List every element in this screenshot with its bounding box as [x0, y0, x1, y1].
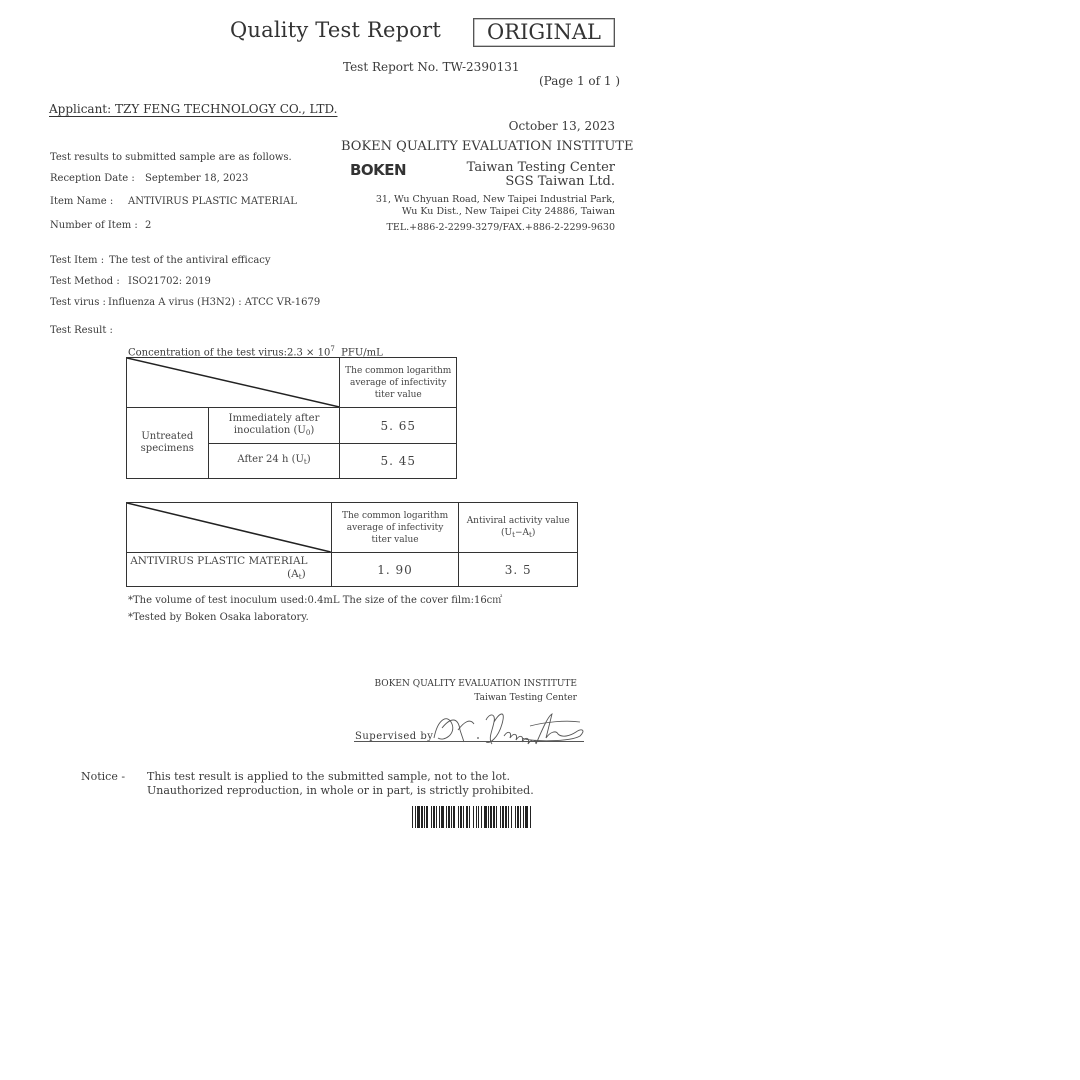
formula-mid: −A: [515, 528, 529, 538]
number-of-item-label: Number of Item :: [50, 220, 138, 231]
test-item-value: The test of the antiviral efficacy: [109, 255, 271, 266]
untreated-group-label: Untreated specimens: [127, 408, 209, 479]
activity-header: Antiviral activity value (Ut−At): [459, 503, 578, 553]
test-item-label: Test Item :: [50, 255, 104, 266]
activity-formula: (Ut−At): [459, 527, 577, 541]
item-name-value: ANTIVIRUS PLASTIC MATERIAL: [128, 196, 297, 207]
row-label-end: ): [307, 454, 311, 465]
issuer-institute: BOKEN QUALITY EVALUATION INSTITUTE: [341, 139, 633, 154]
row-label-end: ): [310, 425, 314, 436]
item-name-label: Item Name :: [50, 196, 113, 207]
report-number: Test Report No. TW-2390131: [343, 60, 520, 74]
note-inoculum: *The volume of test inoculum used:0.4mL …: [128, 591, 502, 606]
test-method-label: Test Method :: [50, 276, 120, 287]
material-code: (At): [127, 568, 331, 584]
issuer-contact: TEL.+886-2-2299-3279/FAX.+886-2-2299-963…: [387, 222, 615, 233]
signoff-center: Taiwan Testing Center: [474, 693, 577, 703]
formula-open: (U: [501, 528, 512, 538]
signature: [430, 708, 590, 748]
notice-label: Notice -: [81, 770, 125, 783]
row-label-text: After 24 h (U: [237, 454, 304, 465]
report-title: Quality Test Report: [230, 18, 441, 42]
barcode-bar: [531, 806, 533, 828]
sample-intro: Test results to submitted sample are as …: [50, 152, 292, 163]
test-virus-value: Influenza A virus (H3N2) : ATCC VR-1679: [108, 297, 320, 308]
row-24h-value: 5. 45: [340, 444, 457, 479]
test-method-value: ISO21702: 2019: [128, 276, 211, 287]
untreated-table: The common logarithm average of infectiv…: [126, 357, 457, 479]
note-lab: *Tested by Boken Osaka laboratory.: [128, 612, 309, 623]
row-immediately-value: 5. 65: [340, 408, 457, 444]
material-titer-value: 1. 90: [331, 553, 459, 587]
material-name: ANTIVIRUS PLASTIC MATERIAL: [127, 555, 331, 568]
test-virus-label: Test virus :: [50, 297, 106, 308]
test-result-label: Test Result :: [50, 325, 113, 336]
antiviral-activity-value: 3. 5: [459, 553, 578, 587]
issuer-company: SGS Taiwan Ltd.: [505, 174, 615, 189]
reception-date-value: September 18, 2023: [145, 173, 248, 184]
activity-header-text: Antiviral activity value: [459, 515, 577, 527]
code-open: (A: [287, 568, 299, 580]
number-of-item-value: 2: [145, 220, 151, 231]
original-stamp: ORIGINAL: [473, 18, 615, 47]
issuer-address-line2: Wu Ku Dist., New Taipei City 24886, Taiw…: [402, 206, 615, 217]
applicant: Applicant: TZY FENG TECHNOLOGY CO., LTD.: [49, 102, 337, 116]
concentration-exponent: 7: [330, 345, 334, 353]
page-indicator: (Page 1 of 1 ): [539, 74, 620, 88]
notice-line1: This test result is applied to the submi…: [147, 770, 510, 783]
formula-close: ): [532, 528, 536, 538]
titer-header: The common logarithm average of infectiv…: [340, 358, 457, 408]
treated-table: The common logarithm average of infectiv…: [126, 502, 578, 587]
row-immediately-label: Immediately after inoculation (U0): [208, 408, 340, 444]
barcode-icon: [412, 806, 614, 828]
reception-date-label: Reception Date :: [50, 173, 135, 184]
diagonal-header-cell: [127, 503, 332, 553]
code-close: ): [302, 568, 306, 580]
row-24h-label: After 24 h (Ut): [208, 444, 340, 479]
issuer-center: Taiwan Testing Center: [467, 160, 615, 175]
diagonal-header-cell: [127, 358, 340, 408]
report-date: October 13, 2023: [509, 119, 615, 133]
issuer-address-line1: 31, Wu Chyuan Road, New Taipei Industria…: [376, 194, 615, 205]
material-label: ANTIVIRUS PLASTIC MATERIAL (At): [127, 553, 332, 587]
notice-line2: Unauthorized reproduction, in whole or i…: [147, 784, 534, 797]
signoff-institute: BOKEN QUALITY EVALUATION INSTITUTE: [375, 679, 577, 689]
boken-logo: BOKEN: [350, 161, 406, 179]
titer-header: The common logarithm average of infectiv…: [331, 503, 459, 553]
